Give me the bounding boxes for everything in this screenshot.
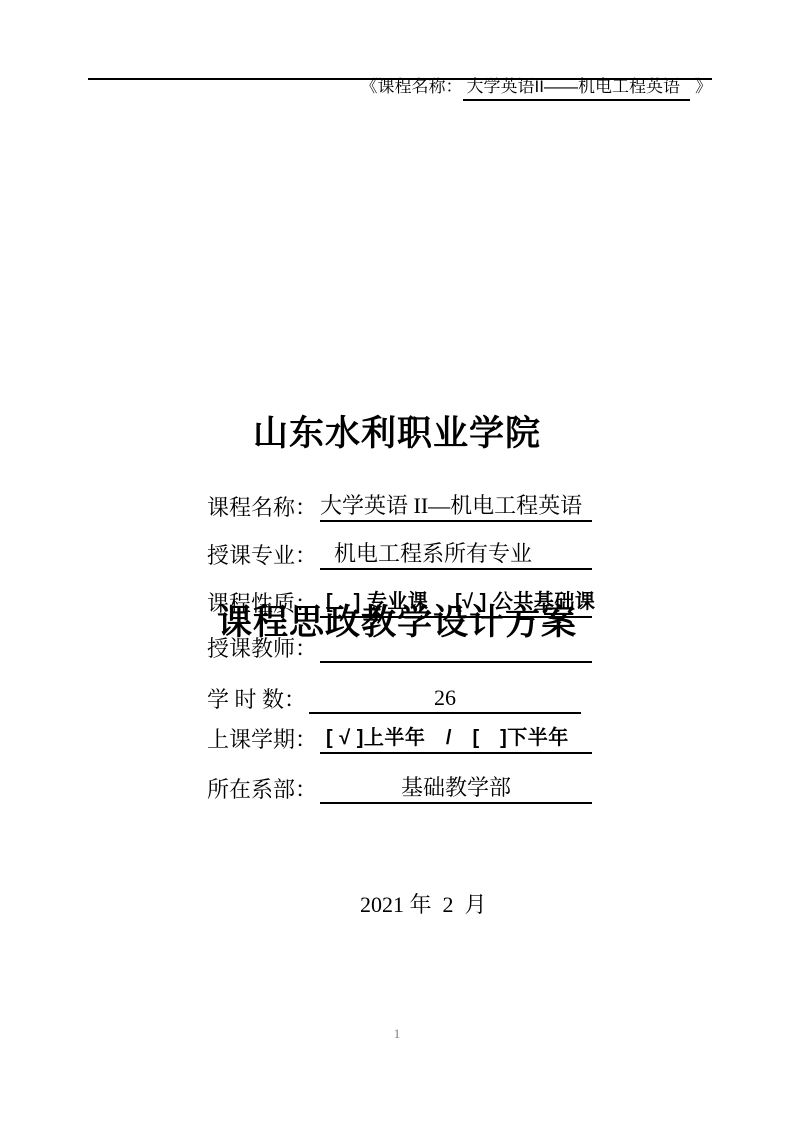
course-type-value: [ ] 专业课 [√ ] 公共基础课 [320, 588, 592, 618]
teacher-label: 授课教师： [207, 635, 317, 663]
running-header: 《课程名称：大学英语II——机电工程英语》 [342, 54, 712, 123]
form-row-class-hours: 学 时 数： 26 [207, 684, 581, 714]
form-row-semester: 上课学期： [ √ ]上半年 / [ ]下半年 [207, 724, 592, 754]
class-hours-label: 学 时 数： [207, 686, 306, 714]
class-hours-value: 26 [309, 684, 581, 714]
teacher-value-blank [320, 635, 592, 663]
semester-label: 上课学期： [207, 726, 317, 754]
teaching-major-label: 授课专业： [207, 542, 317, 570]
page-number: 1 [0, 1026, 794, 1042]
semester-value: [ √ ]上半年 / [ ]下半年 [320, 724, 592, 754]
title-line-1: 山东水利职业学院 [0, 402, 794, 465]
form-row-teacher: 授课教师： [207, 635, 592, 663]
header-divider-line [88, 78, 712, 80]
form-row-course-type: 课程性质： [ ] 专业课 [√ ] 公共基础课 [207, 588, 592, 618]
document-page: 《课程名称：大学英语II——机电工程英语》 山东水利职业学院 课程思政教学设计方… [0, 0, 794, 1123]
course-type-label: 课程性质： [207, 590, 317, 618]
form-row-teaching-major: 授课专业： 机电工程系所有专业 [207, 540, 592, 570]
teaching-major-value: 机电工程系所有专业 [320, 540, 592, 570]
department-label: 所在系部： [207, 776, 317, 804]
form-row-course-name: 课程名称： 大学英语 II—机电工程英语 [207, 492, 592, 522]
course-name-label: 课程名称： [207, 494, 317, 522]
course-name-value: 大学英语 II—机电工程英语 [320, 492, 592, 522]
form-row-department: 所在系部： 基础教学部 [207, 774, 592, 804]
department-value: 基础教学部 [320, 774, 592, 804]
document-date: 2021 年 2 月 [360, 891, 487, 919]
